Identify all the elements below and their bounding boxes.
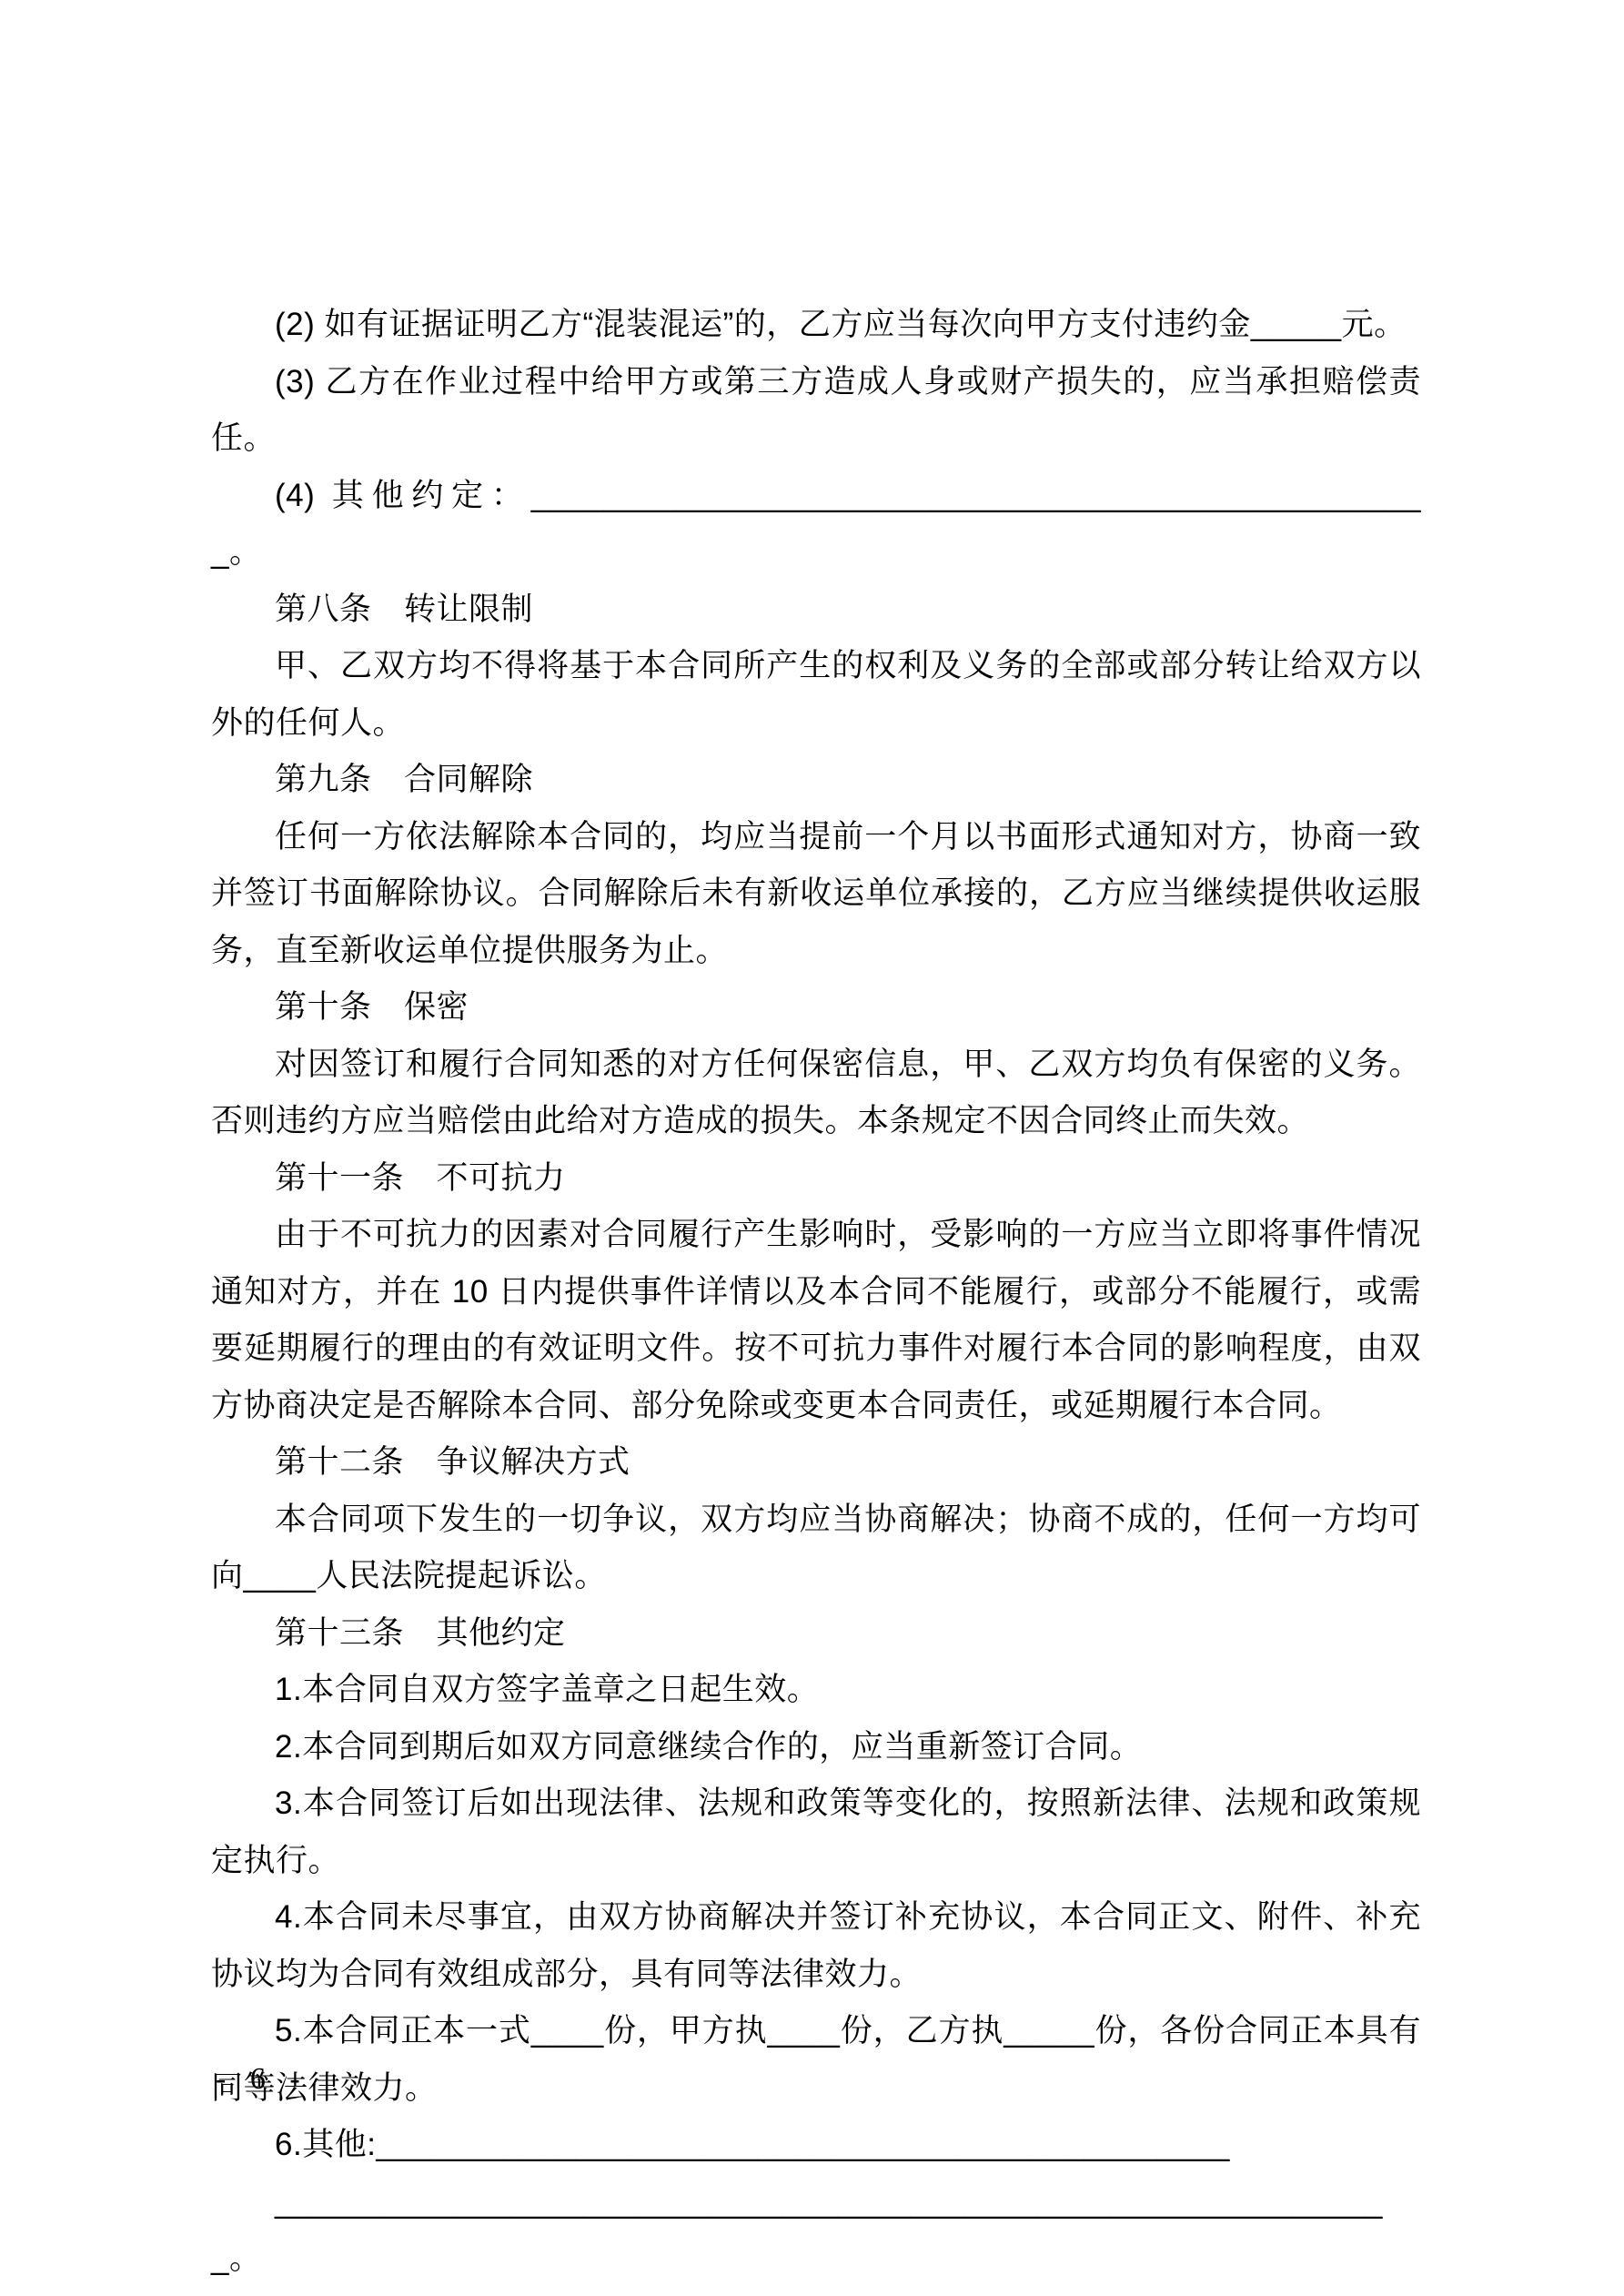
page-number: - 6 - [216,2062,308,2097]
article-11-body: 由于不可抗力的因素对合同履行产生影响时，受影响的一方应当立即将事件情况通知对方，… [211,1207,1421,1434]
other-agreement-item-4: (4) 其他约定：_______________________________… [211,468,1421,582]
article-13-item-4: 4.本合同未尽事宜，由双方协商解决并签订补充协议，本合同正文、附件、补充协议均为… [211,1889,1421,2003]
article-9-body: 任何一方依法解除本合同的，均应当提前一个月以书面形式通知对方，协商一致并签订书面… [211,809,1421,980]
damage-liability-item-3: (3) 乙方在作业过程中给甲方或第三方造成人身或财产损失的，应当承担赔偿责任。 [211,354,1421,468]
article-13-item-2: 2.本合同到期后如双方同意继续合作的，应当重新签订合同。 [211,1719,1421,1776]
article-13-item-5: 5.本合同正本一式____份，甲方执____份，乙方执_____份，各份合同正本… [211,2003,1421,2117]
article-8-heading: 第八条 转让限制 [211,582,1421,639]
contract-body: (2) 如有证据证明乙方“混装混运”的，乙方应当每次向甲方支付违约金_____元… [211,297,1421,2288]
article-10-heading: 第十条 保密 [211,979,1421,1037]
contract-page: (2) 如有证据证明乙方“混装混运”的，乙方应当每次向甲方支付违约金_____元… [0,0,1624,2296]
article-13-item-3: 3.本合同签订后如出现法律、法规和政策等变化的，按照新法律、法规和政策规定执行。 [211,1775,1421,1889]
article-13-item-1: 1.本合同自双方签字盖章之日起生效。 [211,1662,1421,1719]
article-12-heading: 第十二条 争议解决方式 [211,1434,1421,1492]
article-13-item-6-continuation: ________________________________________… [211,2174,1421,2288]
penalty-clause-item-2: (2) 如有证据证明乙方“混装混运”的，乙方应当每次向甲方支付违约金_____元… [211,297,1421,354]
article-13-heading: 第十三条 其他约定 [211,1605,1421,1663]
article-11-heading: 第十一条 不可抗力 [211,1150,1421,1208]
article-8-body: 甲、乙双方均不得将基于本合同所产生的权利及义务的全部或部分转让给双方以外的任何人… [211,638,1421,752]
article-10-body: 对因签订和履行合同知悉的对方任何保密信息，甲、乙双方均负有保密的义务。否则违约方… [211,1037,1421,1150]
article-13-item-6: 6.其他:___________________________________… [211,2117,1421,2174]
article-9-heading: 第九条 合同解除 [211,752,1421,809]
article-12-body: 本合同项下发生的一切争议，双方均应当协商解决；协商不成的，任何一方均可向____… [211,1492,1421,1605]
